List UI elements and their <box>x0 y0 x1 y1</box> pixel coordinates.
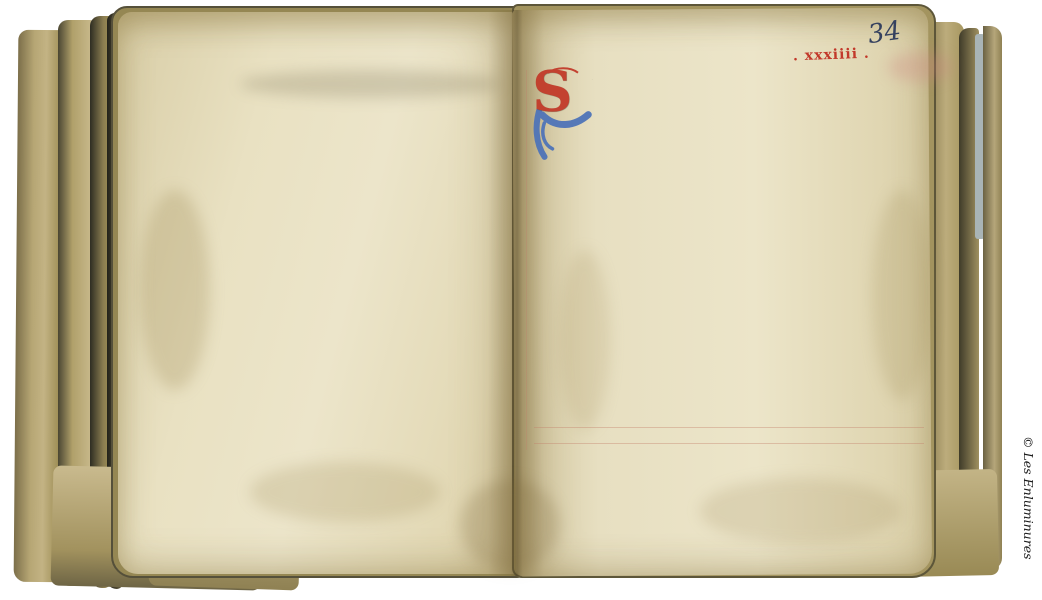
parchment-stain <box>240 70 500 98</box>
manuscript-line: meā. Infixus sū ī limo pfūdi: et <box>528 69 576 85</box>
parchment-stain <box>560 250 610 430</box>
parchment-stain <box>888 52 952 82</box>
parchment-stain <box>140 190 210 390</box>
parchment-stain <box>700 478 900 544</box>
copyright-text: © Les Enluminures <box>1021 436 1036 600</box>
folio-roman-numeral: . xxxiiii . <box>793 46 870 65</box>
folio-number-pencil: 34 <box>866 16 903 50</box>
ruling-line <box>534 443 924 444</box>
ruling-line-vertical <box>526 70 527 450</box>
ruling-line <box>534 427 924 428</box>
manuscript-photo-scene: ¶Deus nr̄ ds̄ saluos faciēdi: 7 dn̄i exi… <box>0 0 1042 600</box>
parchment-stain <box>250 462 440 522</box>
parchment-stain <box>460 480 560 570</box>
parchment-stain <box>872 190 932 400</box>
